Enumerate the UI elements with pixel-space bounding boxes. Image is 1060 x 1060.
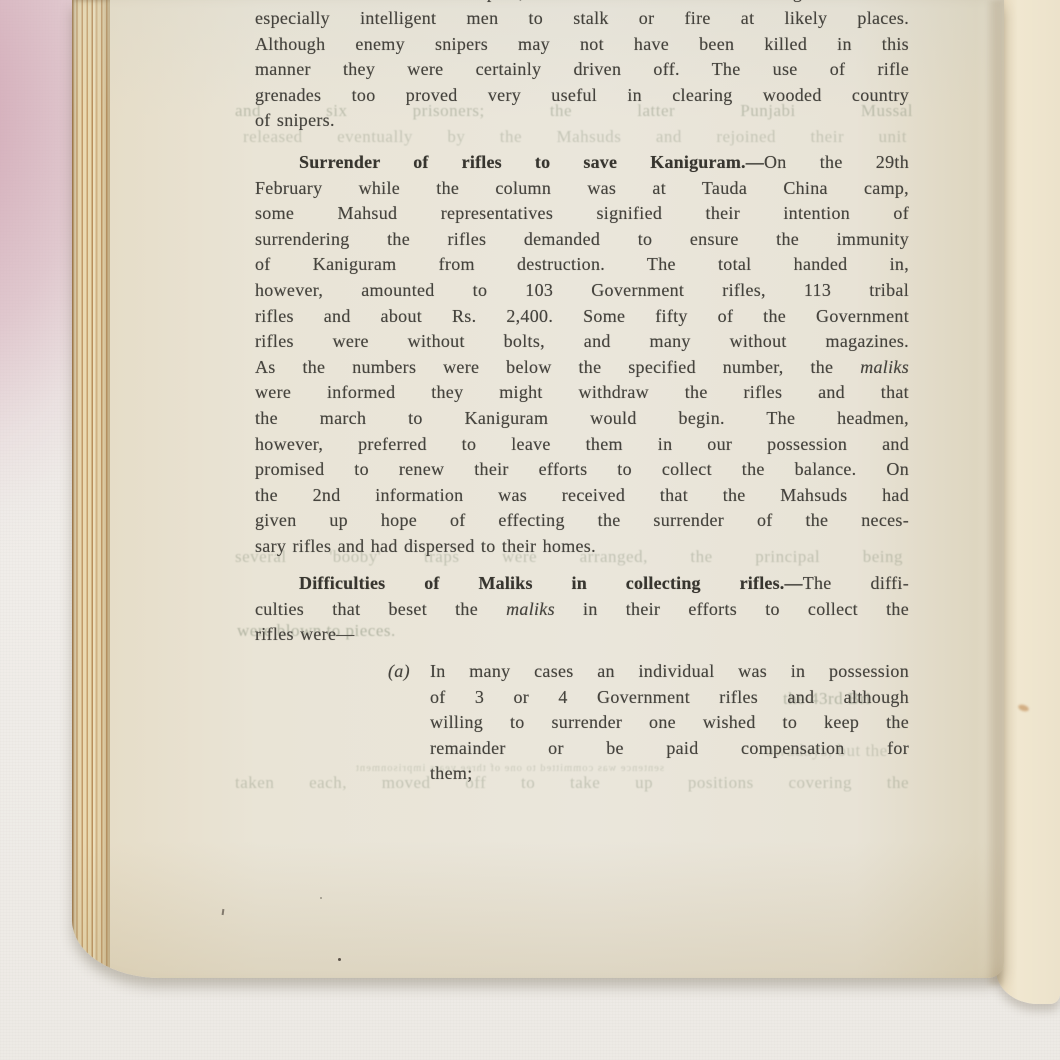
text-run: especially intelligent men to stalk or f… (255, 8, 909, 28)
text-line: Difficulties of Maliks in collecting rif… (255, 571, 909, 597)
text-line: rifles and about Rs. 2,400. Some fifty o… (255, 304, 909, 330)
text-line: promised to renew their efforts to colle… (255, 457, 909, 483)
text-line: however, amounted to 103 Government rifl… (255, 278, 909, 304)
facing-page-edge (996, 0, 1060, 1004)
text-run: in their efforts to collect the (555, 599, 909, 619)
text-run: of 3 or 4 Government rifles and although (430, 687, 909, 707)
text-line: were informed they might withdraw the ri… (255, 380, 909, 406)
text-line: of snipers. (255, 108, 909, 134)
text-line: given up hope of effecting the surrender… (255, 508, 909, 534)
text-run: Although enemy snipers may not have been… (255, 34, 909, 54)
text-line: of 3 or 4 Government rifles and although (430, 685, 909, 711)
clipped-top-line: methods were also adopted, the most succ… (255, 0, 909, 6)
text-line: willing to surrender one wished to keep … (430, 710, 909, 736)
text-line: grenades too proved very useful in clear… (255, 83, 909, 109)
text-run: willing to surrender one wished to keep … (430, 712, 909, 732)
text-line: especially intelligent men to stalk or f… (255, 6, 909, 32)
text-run: remainder or be paid compensation for (430, 738, 909, 758)
text-line: February while the column was at Tauda C… (255, 176, 909, 202)
ink-speck (338, 958, 341, 961)
paragraph-surrender-of-rifles: Surrender of rifles to save Kaniguram.—O… (255, 150, 909, 560)
text-run: surrendering the rifles demanded to ensu… (255, 229, 909, 249)
text-run: them; (430, 763, 473, 783)
list-item-a: (a)In many cases an individual was in po… (430, 659, 909, 787)
text-run: maliks (860, 357, 909, 377)
text-run: the 2nd information was received that th… (255, 485, 909, 505)
text-line: surrendering the rifles demanded to ensu… (255, 227, 909, 253)
ink-speck (320, 897, 322, 899)
text-run: the march to Kaniguram would begin. The … (255, 408, 909, 428)
text-run: The diffi- (803, 573, 909, 593)
text-line: culties that beset the maliks in their e… (255, 597, 909, 623)
heading-run: Surrender of rifles to save Kaniguram.— (299, 152, 764, 172)
text-run: grenades too proved very useful in clear… (255, 85, 909, 105)
text-run: As the numbers were below the specified … (255, 357, 860, 377)
text-line: remainder or be paid compensation for (430, 736, 909, 762)
text-line: the 2nd information was received that th… (255, 483, 909, 509)
gutter-shadow (985, 0, 1003, 985)
text-line: the march to Kaniguram would begin. The … (255, 406, 909, 432)
text-line: of Kaniguram from destruction. The total… (255, 252, 909, 278)
text-line: them; (430, 761, 909, 787)
text-run: February while the column was at Tauda C… (255, 178, 909, 198)
text-line: however, preferred to leave them in our … (255, 432, 909, 458)
paragraph-difficulties-of-maliks: Difficulties of Maliks in collecting rif… (255, 571, 909, 648)
text-run: promised to renew their efforts to colle… (255, 459, 909, 479)
text-line: As the numbers were below the specified … (255, 355, 909, 381)
text-run: some Mahsud representatives signified th… (255, 203, 909, 223)
paragraph-snipers: especially intelligent men to stalk or f… (255, 6, 909, 134)
text-line: rifles were— (255, 622, 909, 648)
text-line: Surrender of rifles to save Kaniguram.—O… (255, 150, 909, 176)
text-run: culties that beset the (255, 599, 506, 619)
text-run: manner they were certainly driven off. T… (255, 59, 909, 79)
text-line: some Mahsud representatives signified th… (255, 201, 909, 227)
text-run: rifles and about Rs. 2,400. Some fifty o… (255, 306, 909, 326)
text-line: Although enemy snipers may not have been… (255, 32, 909, 58)
page-fore-edge-stack (72, 0, 110, 978)
text-run: given up hope of effecting the surrender… (255, 510, 909, 530)
text-run: maliks (506, 599, 555, 619)
book-photo: and six prisoners; the latter Punjabi Mu… (0, 0, 1060, 1060)
text-run: On the 29th (764, 152, 909, 172)
heading-run: Difficulties of Maliks in collecting rif… (299, 573, 803, 593)
text-line: In many cases an individual was in posse… (430, 659, 909, 685)
text-line: sary rifles and had dispersed to their h… (255, 534, 909, 560)
text-run: of snipers. (255, 110, 335, 130)
text-line: manner they were certainly driven off. T… (255, 57, 909, 83)
text-run: were informed they might withdraw the ri… (255, 382, 909, 402)
list-marker: (a) (388, 659, 410, 685)
text-run: sary rifles and had dispersed to their h… (255, 536, 596, 556)
text-run: of Kaniguram from destruction. The total… (255, 254, 909, 274)
text-run: however, preferred to leave them in our … (255, 434, 909, 454)
printed-text: methods were also adopted, the most succ… (255, 0, 909, 1060)
text-run: rifles were— (255, 624, 355, 644)
text-run: rifles were without bolts, and many with… (255, 331, 909, 351)
text-run: In many cases an individual was in posse… (430, 661, 909, 681)
text-line: rifles were without bolts, and many with… (255, 329, 909, 355)
text-run: however, amounted to 103 Government rifl… (255, 280, 909, 300)
